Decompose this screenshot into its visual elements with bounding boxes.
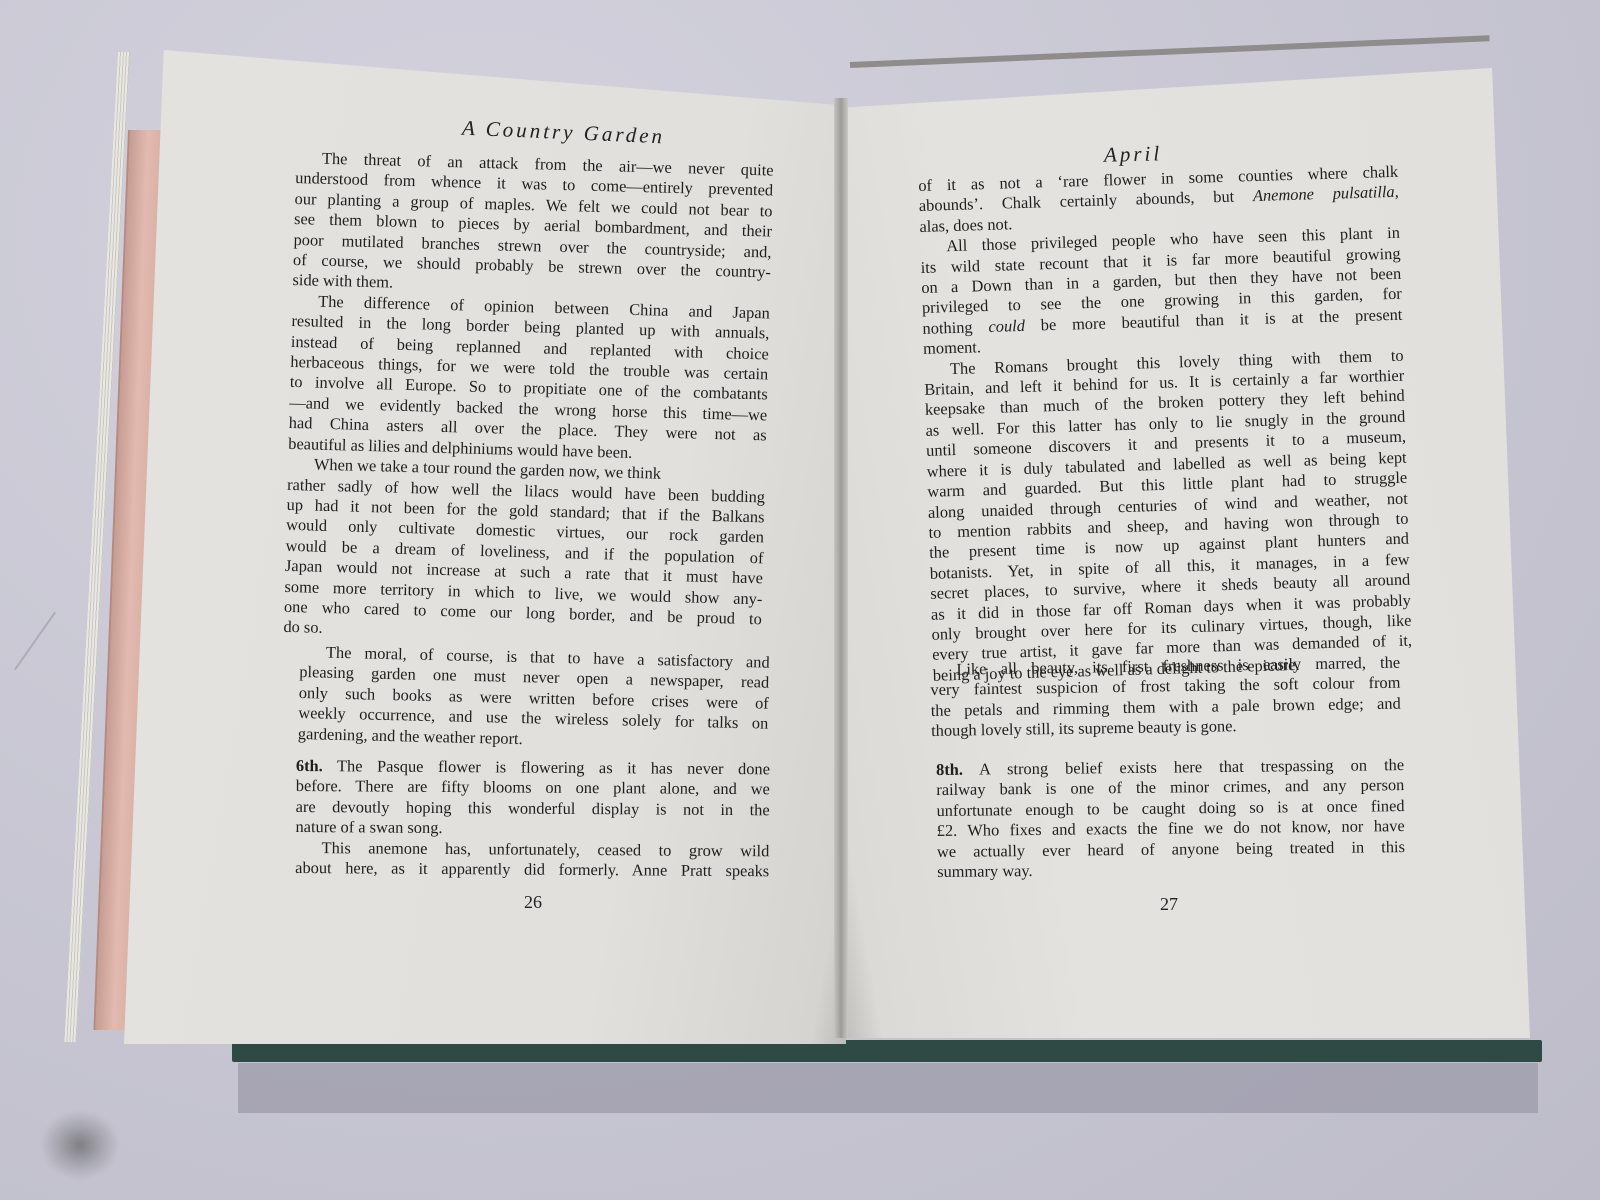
entry-date: 6th. xyxy=(296,756,323,775)
entry-paragraph: 6th. The Pasque flower is flowering as i… xyxy=(295,756,770,841)
italic-emphasis: could xyxy=(988,316,1025,336)
left-page-body: The threat of an attack from the air—we … xyxy=(283,148,774,650)
diary-entry-6th: 6th. The Pasque flower is flowering as i… xyxy=(295,756,770,882)
entry-paragraph: 8th. A strong belief exists here that tr… xyxy=(936,755,1405,882)
entry-date: 8th. xyxy=(936,760,963,779)
paragraph-continued: about here, as it apparently did formerl… xyxy=(295,858,769,882)
right-page-beauty-paragraph: Like all beauty, its first freshness is … xyxy=(930,653,1401,742)
paragraph-continued: resulted in the long border being plante… xyxy=(288,311,770,466)
page-number-right: 27 xyxy=(1160,894,1178,915)
paragraph-continued: its wild state recount that it is far mo… xyxy=(920,243,1403,359)
paragraph-continued: rather sadly of how well the lilacs woul… xyxy=(283,474,765,650)
paragraph-continued: very faintest suspicion of frost taking … xyxy=(930,673,1401,742)
diary-entry-8th: 8th. A strong belief exists here that tr… xyxy=(936,755,1405,882)
running-head-right: April xyxy=(1104,141,1163,168)
table-stain xyxy=(40,1110,120,1180)
book-gutter xyxy=(834,98,848,1038)
left-page-moral-paragraph: The moral, of course, is that to have a … xyxy=(298,642,770,755)
page-number-left: 26 xyxy=(524,892,542,913)
right-page-stack-edge xyxy=(850,35,1490,68)
italic-species-name: Anemone pulsatilla, xyxy=(1253,182,1399,205)
right-page-body: of it as not a ‘rare flower in some coun… xyxy=(918,162,1413,686)
paragraph-continued: pleasing garden one must never open a ne… xyxy=(298,662,770,754)
paragraph-continued: understood from whence it was to come—en… xyxy=(292,168,773,303)
paragraph-continued: Britain, and left it behind for us. It i… xyxy=(924,366,1413,686)
book-shadow xyxy=(238,1063,1538,1113)
